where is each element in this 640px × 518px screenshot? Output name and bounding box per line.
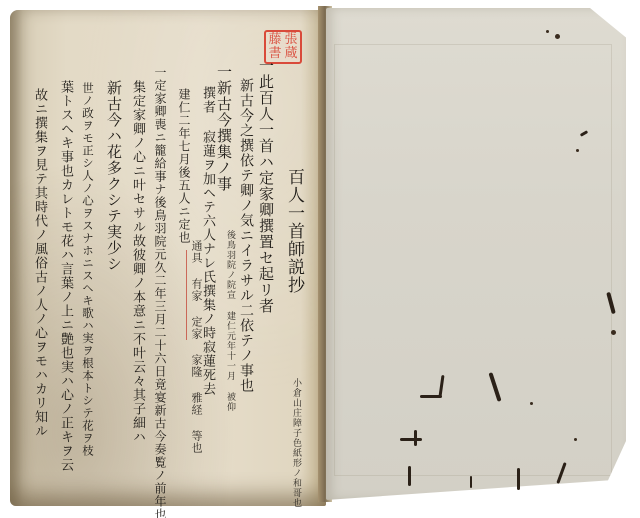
- speck: [530, 402, 533, 405]
- annotation-column: 通具 有家 定家 家隆 雅経 等也: [188, 240, 204, 454]
- text-column: 一此百人一首ハ定家卿撰置セ起リ者: [256, 58, 277, 314]
- speck: [576, 149, 579, 152]
- manuscript-book: 藤 張 書 蔵 百人一首師説抄 一此百人一首ハ定家卿撰置セ起リ者 小倉山庄障子色…: [0, 0, 640, 518]
- right-page-blank: [326, 8, 626, 500]
- text-column: 葉トスヘキ事也カレトモ花ハ言葉ノ上ニ艶也実ハ心ノ正キヲ云: [56, 80, 75, 472]
- text-column: 一定家卿喪ニ籠給事ナ後鳥羽院元久二年三月二十六日竟宴新古今奏覧ノ前年也: [152, 66, 169, 518]
- manuscript-title: 百人一首師説抄: [282, 168, 307, 294]
- seal-char: 張: [283, 33, 299, 47]
- speck: [611, 330, 616, 335]
- annotation-column: 後鳥羽院ノ院宣 建仁元年十一月 被仰: [224, 230, 237, 412]
- worm-hole: [414, 430, 417, 446]
- annotation-column: 小倉山庄障子色紙形ノ和哥也: [290, 378, 303, 508]
- page-frame: [334, 44, 612, 476]
- seal-char: 藤: [267, 33, 283, 47]
- worm-hole: [517, 468, 520, 490]
- text-column: 故ニ撰集ヲ見テ其時代ノ風俗古ノ人ノ心ヲモハカリ知ル: [30, 88, 49, 438]
- speck: [555, 34, 560, 39]
- text-column: 新古今之撰依テ卿ノ気ニイラサル二依テノ事也: [236, 78, 256, 393]
- text-column: 世ノ政ヲモ正シ人ノ心ヲスナホニスヘキ歌ハ実ヲ根本トシテ花ヲ枝: [80, 82, 96, 457]
- worm-hole: [470, 476, 472, 488]
- worm-hole: [400, 438, 422, 441]
- text-column: 集定家卿ノ心ニ叶セサル故彼卿ノ本意ニ不叶云々其子細ハ: [128, 80, 147, 444]
- red-annotation-line: [186, 250, 187, 340]
- speck: [574, 438, 577, 441]
- speck: [546, 30, 549, 33]
- worm-hole: [408, 466, 411, 486]
- text-column: 建仁二年七月後五人ニ定也: [176, 88, 193, 244]
- text-column: 新古今ハ花多クシテ実少シ: [104, 80, 125, 272]
- worm-hole: [420, 395, 442, 398]
- seal-char: 蔵: [283, 47, 299, 61]
- text-column: 一新古今撰集ノ事: [214, 64, 235, 192]
